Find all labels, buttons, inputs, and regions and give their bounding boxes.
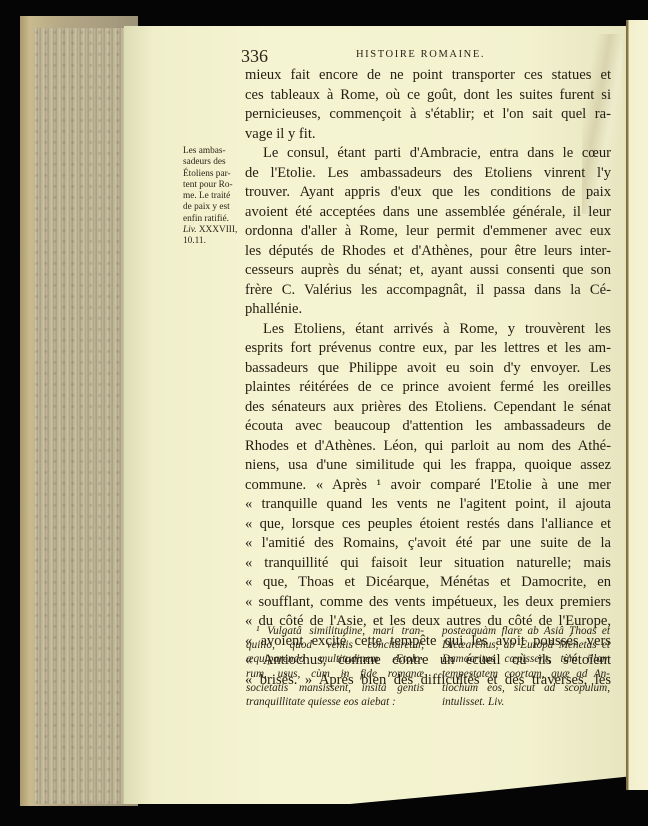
- margin-note-line: me. Le traité: [183, 191, 243, 202]
- text-line: Les Etoliens, étant arrivés à Rome, y tr…: [245, 320, 611, 340]
- margin-note-citation-chapter: 10.11.: [183, 236, 243, 247]
- text-line: plaintes réitérées de ce prince avoient …: [245, 378, 611, 398]
- text-line: cesseurs auprès du sénat; et, ayant auss…: [245, 261, 611, 281]
- footnote-column-left: ¹ Vulgatâ similitudine, mari tran-quillo…: [246, 624, 424, 709]
- text-line: frère C. Valérius les accompagnât, il pa…: [245, 281, 611, 301]
- text-line: phallénie.: [245, 300, 611, 320]
- body-text: mieux fait encore de ne point transporte…: [245, 66, 611, 690]
- citation-source: Liv.: [183, 225, 197, 235]
- margin-note-line: sadeurs des: [183, 157, 243, 168]
- running-title: HISTOIRE ROMAINE.: [356, 49, 485, 60]
- text-line: avoient été acceptées dans une assemblée…: [245, 203, 611, 223]
- text-line: « soufflant, comme des vents impétueux, …: [245, 593, 611, 613]
- text-line: pernicieuses, commençoit à s'établir; et…: [245, 105, 611, 125]
- text-line: écouta avec beaucoup d'attention les amb…: [245, 417, 611, 437]
- text-line: des sénateurs aux prières des Etoliens. …: [245, 398, 611, 418]
- footnote-line: ¹ Vulgatâ similitudine, mari tran-: [246, 624, 424, 638]
- text-line: trouver. Ayant appris d'eux que les cond…: [245, 183, 611, 203]
- text-line: « tranquille quand les vents ne l'agiten…: [245, 495, 611, 515]
- footnote-line: rum, usus, cùm in fide romanæ: [246, 667, 424, 681]
- footnote-line: tranquillitate quiesse eos aiebat :: [246, 695, 424, 709]
- facing-page-edge: [626, 20, 648, 790]
- footnote-column-right: posteaquàm flare ab Asiâ Thoas etDicæarc…: [442, 624, 610, 709]
- text-line: « tranquillité qui faisoit leur situatio…: [245, 554, 611, 574]
- text-line: Rhodes et d'Athènes. Léon, qui parloit a…: [245, 437, 611, 457]
- text-line: bassadeurs que Philippe avoit eu soin d'…: [245, 359, 611, 379]
- margin-note-line: tent pour Ro-: [183, 180, 243, 191]
- margin-note-citation: Liv. XXXVIII,: [183, 225, 243, 236]
- footnote-line: Damocritus cœpissent, tùm illam: [442, 652, 610, 666]
- footnote-line: societatis mansissent, insitâ gentis: [246, 681, 424, 695]
- footnote-line: æquiparendo multitudinem Ætolo-: [246, 652, 424, 666]
- margin-note-line: Les ambas-: [183, 146, 243, 157]
- text-line: ordonna d'aller à Rome, leur permit d'em…: [245, 222, 611, 242]
- margin-note-line: Étoliens par-: [183, 169, 243, 180]
- text-line: niens, usa d'une similitude qui les frap…: [245, 456, 611, 476]
- footnote-line: quillo, quod ventis concitaretur,: [246, 638, 424, 652]
- text-line: ces tableaux à Rome, où ce goût, dont le…: [245, 86, 611, 106]
- citation-book: XXXVIII,: [197, 225, 238, 235]
- text-line: « l'amitié des Romains, ç'avoit été par …: [245, 534, 611, 554]
- footnote-line: intulisset. Liv.: [442, 695, 610, 709]
- footnote-line: tiochum eos, sicut ad scopulum,: [442, 681, 610, 695]
- text-line: « que, Thoas et Dicéarque, Ménétas et Da…: [245, 573, 611, 593]
- text-line: esprits fort prévenus contre eux, par le…: [245, 339, 611, 359]
- text-line: les députés de Rhodes et d'Athènes, pour…: [245, 242, 611, 262]
- margin-note-line: de paix y est: [183, 202, 243, 213]
- text-line: Le consul, étant parti d'Ambracie, entra…: [245, 144, 611, 164]
- page-number: 336: [241, 46, 268, 67]
- margin-note-line: enfin ratifié.: [183, 214, 243, 225]
- page-fore-edge-stack: [34, 28, 126, 804]
- footnote-line: posteaquàm flare ab Asiâ Thoas et: [442, 624, 610, 638]
- footnote-line: tempestatem coortam, quæ ad An-: [442, 667, 610, 681]
- margin-note: Les ambas- sadeurs des Étoliens par- ten…: [183, 146, 243, 248]
- footnote-line: Dicæarchus, ab Europâ Menetas et: [442, 638, 610, 652]
- text-line: mieux fait encore de ne point transporte…: [245, 66, 611, 86]
- text-line: vage il y fit.: [245, 125, 611, 145]
- page-header: 336 HISTOIRE ROMAINE.: [241, 46, 611, 66]
- text-line: commune. « Après ¹ avoir comparé l'Etoli…: [245, 476, 611, 496]
- text-line: de l'Etolie. Les ambassadeurs des Etolie…: [245, 164, 611, 184]
- text-line: « que, lorsque ces peuples étoient resté…: [245, 515, 611, 535]
